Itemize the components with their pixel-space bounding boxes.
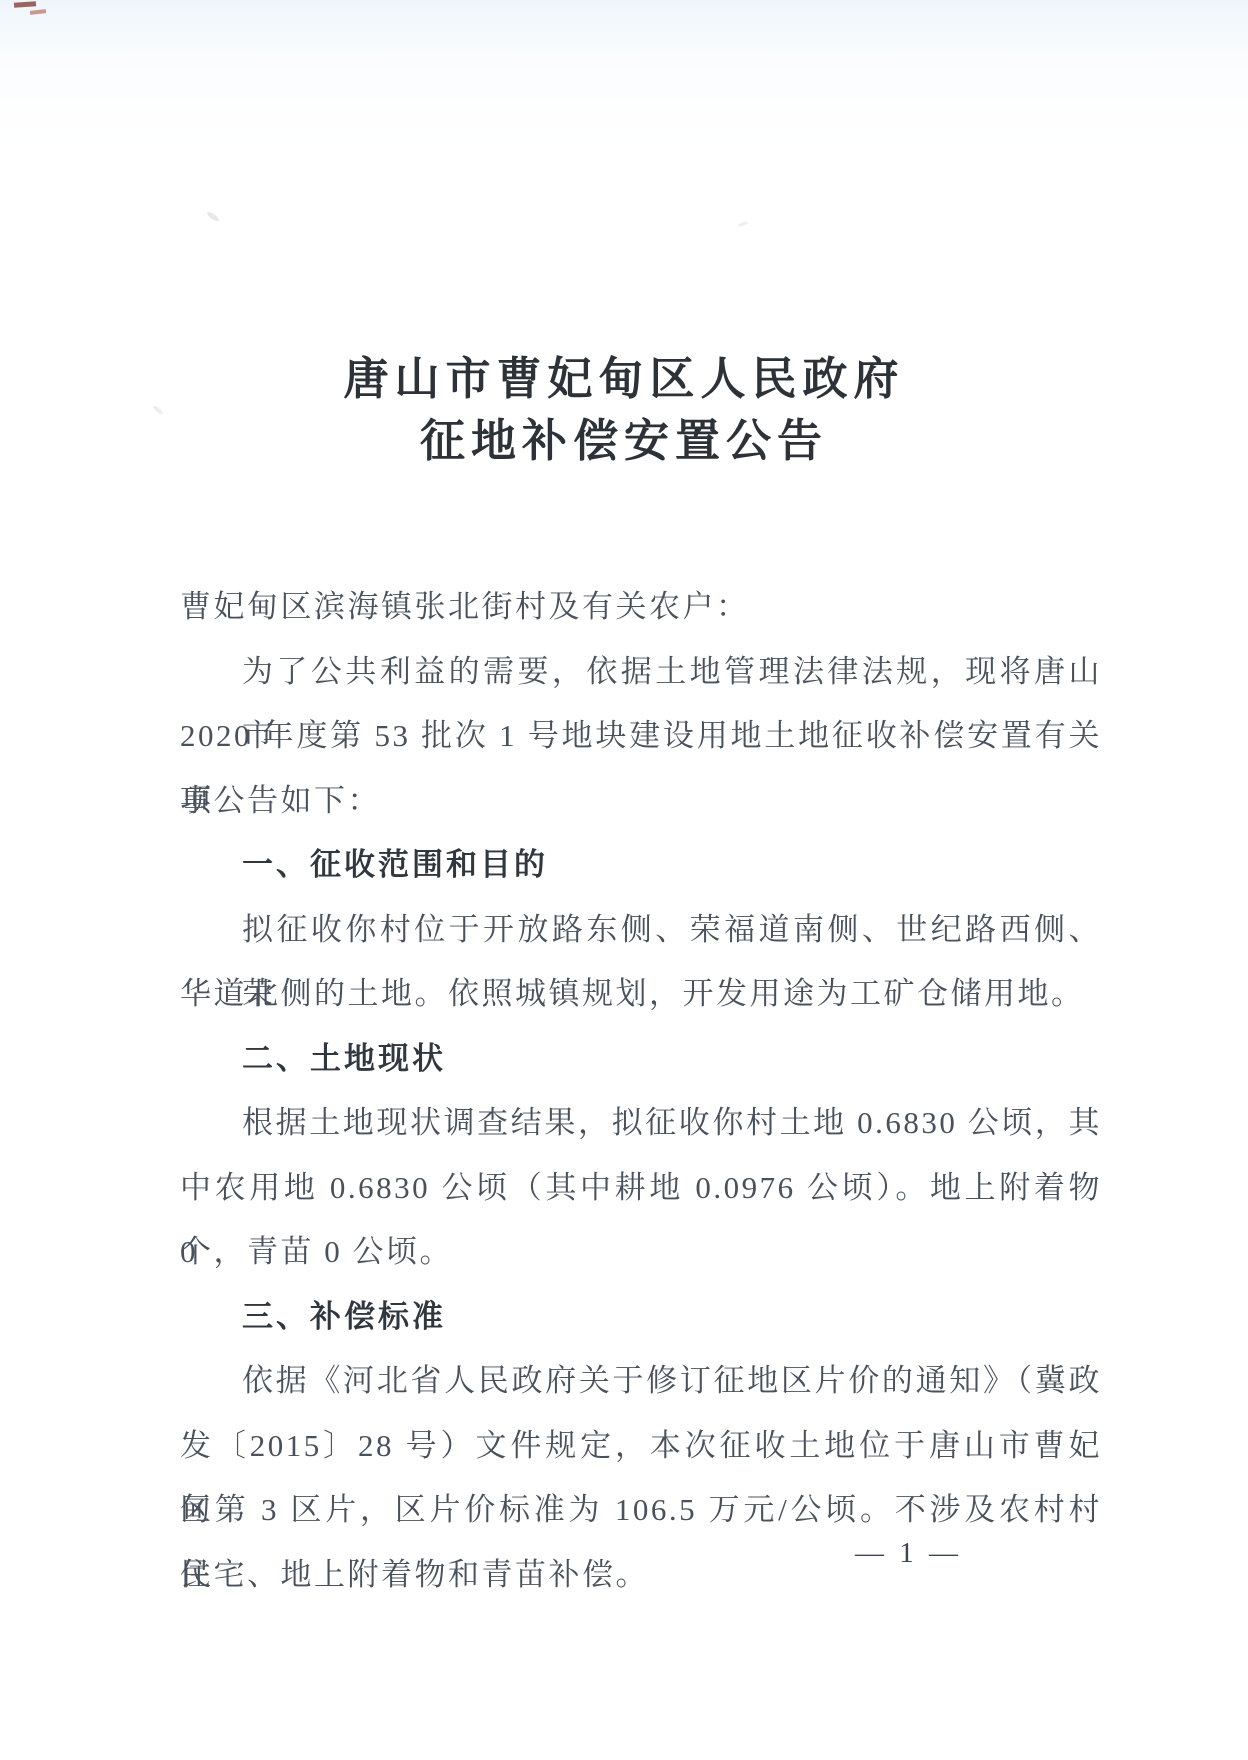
page-number: — 1 — bbox=[855, 1537, 962, 1570]
body-line: 发〔2015〕28 号）文件规定，本次征收土地位于唐山市曹妃甸 bbox=[180, 1414, 1102, 1479]
section-heading-2: 二、土地现状 bbox=[180, 1027, 1102, 1092]
document-title-line-1: 唐山市曹妃甸区人民政府 bbox=[0, 348, 1248, 410]
scan-tint-artifact bbox=[0, 0, 1248, 140]
section-heading-1: 一、征收范围和目的 bbox=[180, 833, 1102, 898]
body-line: 住宅、地上附着物和青苗补偿。 bbox=[180, 1543, 1102, 1608]
document-body: 曹妃甸区滨海镇张北街村及有关农户： 为了公共利益的需要，依据土地管理法律法规，现… bbox=[180, 575, 1102, 1607]
body-line: 区第 3 区片，区片价标准为 106.5 万元/公顷。不涉及农村村民 bbox=[180, 1478, 1102, 1543]
scanned-document-page: 唐山市曹妃甸区人民政府 征地补偿安置公告 曹妃甸区滨海镇张北街村及有关农户： 为… bbox=[0, 0, 1248, 1760]
body-line: 项公告如下： bbox=[180, 769, 1102, 834]
body-line: 拟征收你村位于开放路东侧、荣福道南侧、世纪路西侧、荣 bbox=[180, 898, 1102, 963]
document-title: 唐山市曹妃甸区人民政府 征地补偿安置公告 bbox=[0, 348, 1248, 472]
body-line: 中农用地 0.6830 公顷（其中耕地 0.0976 公顷）。地上附着物 0 bbox=[180, 1156, 1102, 1221]
body-line: 2020 年度第 53 批次 1 号地块建设用地土地征收补偿安置有关事 bbox=[180, 704, 1102, 769]
scan-smudge bbox=[206, 210, 220, 222]
salutation-line: 曹妃甸区滨海镇张北街村及有关农户： bbox=[180, 575, 1102, 640]
document-title-line-2: 征地补偿安置公告 bbox=[0, 410, 1248, 472]
body-line: 根据土地现状调查结果，拟征收你村土地 0.6830 公顷，其 bbox=[180, 1091, 1102, 1156]
body-line: 依据《河北省人民政府关于修订征地区片价的通知》（冀政 bbox=[180, 1349, 1102, 1414]
body-line: 个，青苗 0 公顷。 bbox=[180, 1220, 1102, 1285]
scan-corner-mark bbox=[30, 9, 46, 15]
scan-corner-mark bbox=[14, 1, 36, 8]
section-heading-3: 三、补偿标准 bbox=[180, 1285, 1102, 1350]
scan-smudge bbox=[738, 220, 749, 227]
body-line: 为了公共利益的需要，依据土地管理法律法规，现将唐山市 bbox=[180, 640, 1102, 705]
body-line: 华道北侧的土地。依照城镇规划，开发用途为工矿仓储用地。 bbox=[180, 962, 1102, 1027]
